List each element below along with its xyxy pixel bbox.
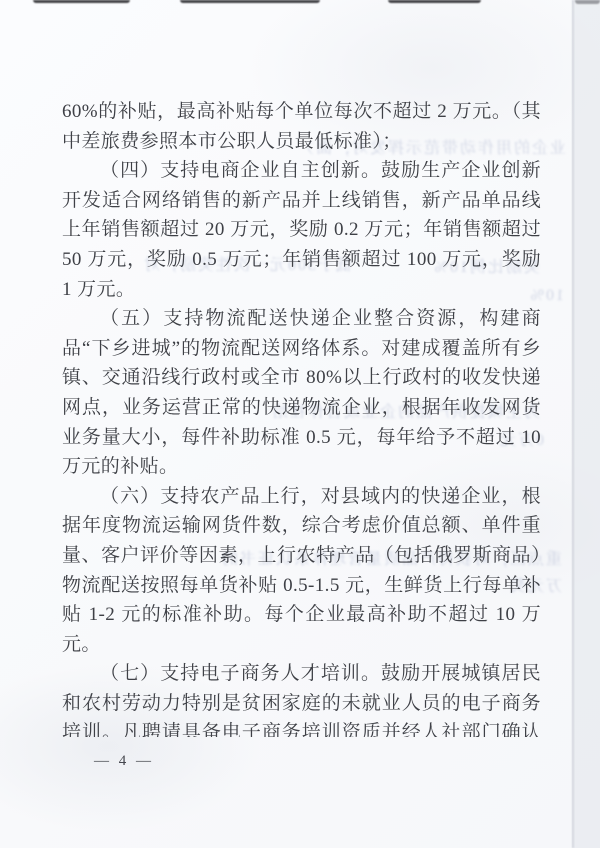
scan-smudge-artifact bbox=[33, 0, 130, 3]
paragraph-item-4: （四）支持电商企业自主创新。鼓励生产企业创新开发适合网络销售的新产品并上线销售，… bbox=[62, 156, 541, 304]
scanned-document-page: 业企的用作动带范示挥发对，面方持扶金资 低于300元一次性奖励；对 奖励比例10… bbox=[0, 0, 600, 848]
page-edge-line bbox=[572, 0, 574, 848]
paragraph-item-7: （七）支持电子商务人才培训。鼓励开展城镇居民和农村劳动力特别是贫困家庭的未就业人… bbox=[62, 659, 541, 737]
page-number: — 4 — bbox=[94, 753, 154, 770]
scan-smudge-artifact bbox=[388, 0, 481, 3]
scan-smudge-artifact bbox=[180, 0, 320, 3]
paragraph-continuation: 60%的补贴，最高补贴每个单位每次不超过 2 万元。（其中差旅费参照本市公职人员… bbox=[62, 97, 541, 156]
paragraph-item-6: （六）支持农产品上行，对县域内的快递企业，根据年度物流运输网货件数，综合考虑价值… bbox=[62, 482, 541, 660]
page-edge-shade bbox=[574, 0, 600, 848]
paragraph-item-5: （五）支持物流配送快递企业整合资源，构建商品“下乡进城”的物流配送网络体系。对建… bbox=[62, 304, 541, 482]
document-body: 60%的补贴，最高补贴每个单位每次不超过 2 万元。（其中差旅费参照本市公职人员… bbox=[62, 97, 541, 737]
